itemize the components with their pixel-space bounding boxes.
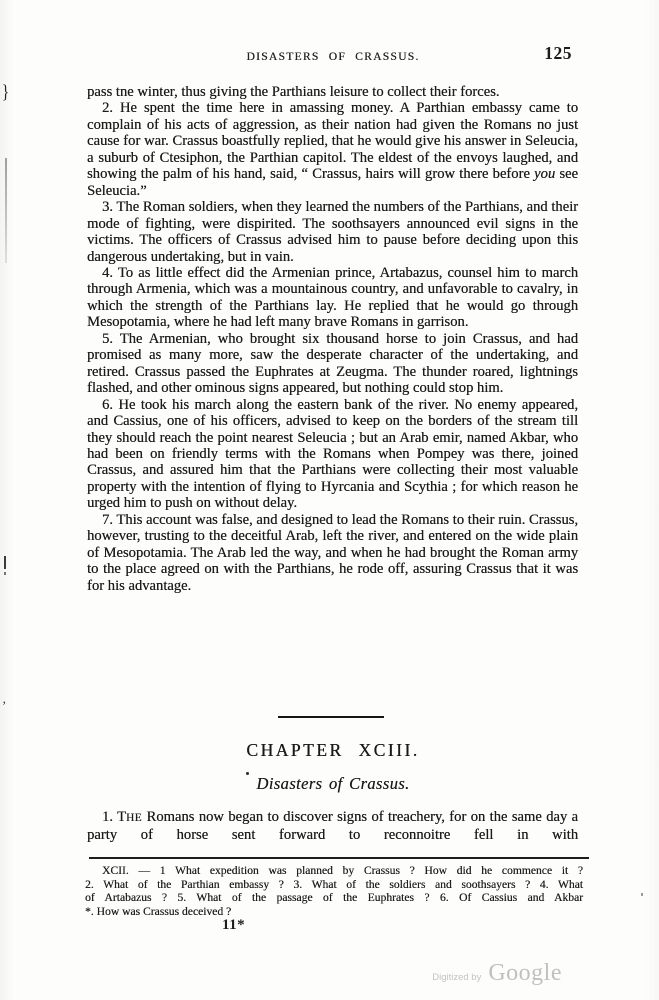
chapter-paragraph-smallcaps: HE [126, 812, 142, 824]
scan-artifact-bracket: } [2, 82, 9, 104]
paragraph-2: 2. He spent the time here in amassing mo… [87, 100, 578, 199]
book-page: DISASTERS OF CRASSUS. 125 pass tne winte… [0, 0, 659, 1000]
footnote-line: XCII. — 1 What expedition was planned by… [85, 864, 583, 878]
section-divider-rule [278, 716, 384, 718]
footnote-block: XCII. — 1 What expedition was planned by… [85, 864, 583, 919]
paragraph-2-italic-word: you [534, 166, 555, 182]
paragraph-5: 5. The Armenian, who brought six thousan… [87, 331, 578, 397]
paragraph-3: 3. The Roman soldiers, when they learned… [87, 199, 578, 265]
chapter-paragraph-lead: 1. T [102, 809, 126, 825]
page-number: 125 [544, 43, 572, 64]
chapter-subtitle: Disasters of Crassus. [88, 774, 578, 794]
chapter-paragraph-1: 1. THE Romans now began to discover sign… [87, 809, 578, 844]
paragraph-6: 6. He took his march along the eastern b… [87, 397, 578, 512]
running-title: DISASTERS OF CRASSUS. [88, 51, 578, 63]
paragraph-continued: pass tne winter, thus giving the Parthia… [87, 84, 578, 100]
scan-artifact-apostrophe: ’ [2, 698, 6, 714]
footnote-line: *. How was Crassus deceived ? [85, 905, 583, 919]
paragraph-4: 4. To as little effect did the Armenian … [87, 265, 578, 331]
chapter-paragraph-text: Romans now began to discover signs of tr… [87, 809, 578, 843]
footnote-line: of Artabazus ? 5. What of the passage of… [85, 891, 583, 905]
body-text-column: pass tne winter, thus giving the Parthia… [87, 84, 578, 594]
scan-artifact-dot [641, 893, 643, 896]
chapter-title: CHAPTER XCIII. [88, 740, 578, 761]
watermark-prefix: Digitized by [432, 972, 481, 983]
scan-artifact-line [5, 158, 7, 263]
paragraph-2-text: 2. He spent the time here in amassing mo… [87, 100, 578, 182]
paragraph-7: 7. This account was false, and designed … [87, 512, 578, 594]
scan-artifact-dash [4, 556, 6, 569]
footnote-line: 2. What of the Parthian embassy ? 3. Wha… [85, 878, 583, 892]
footnote-rule [89, 857, 589, 859]
google-logo: Google [488, 960, 562, 987]
signature-mark: 11* [222, 917, 245, 934]
digitized-by-google-watermark: Digitized by Google [432, 960, 562, 987]
